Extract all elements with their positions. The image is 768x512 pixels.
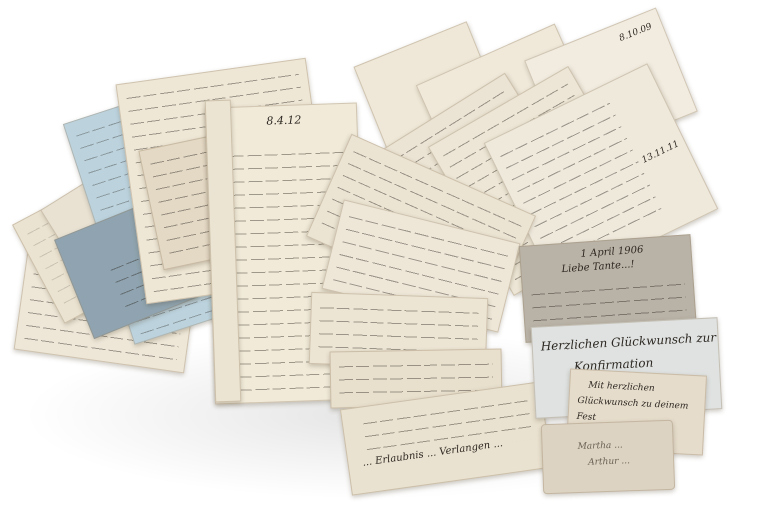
postcard-greeting: Liebe Tante...! (561, 259, 635, 275)
postcard-date: 1 April 1906 (580, 244, 644, 259)
card-text: Glückwunsch zu deinem (577, 396, 688, 412)
letter-header-text: 8.4.12 (266, 113, 301, 127)
date-text: 8.10.09 (618, 22, 654, 44)
card-text: Herzlichen Glückwunsch zur (540, 330, 716, 353)
card-text: Fest (576, 412, 596, 423)
calling-card: Martha ... Arthur ... (541, 420, 675, 495)
card-name: Arthur ... (588, 456, 630, 467)
card-text: Mit herzlichen (588, 380, 655, 393)
letters-photo: 8.4.12 8.10.09 13.11.11 ... Erlaubnis ..… (0, 0, 768, 512)
card-name: Martha ... (577, 440, 622, 452)
date-text: 13.11.11 (640, 139, 680, 166)
